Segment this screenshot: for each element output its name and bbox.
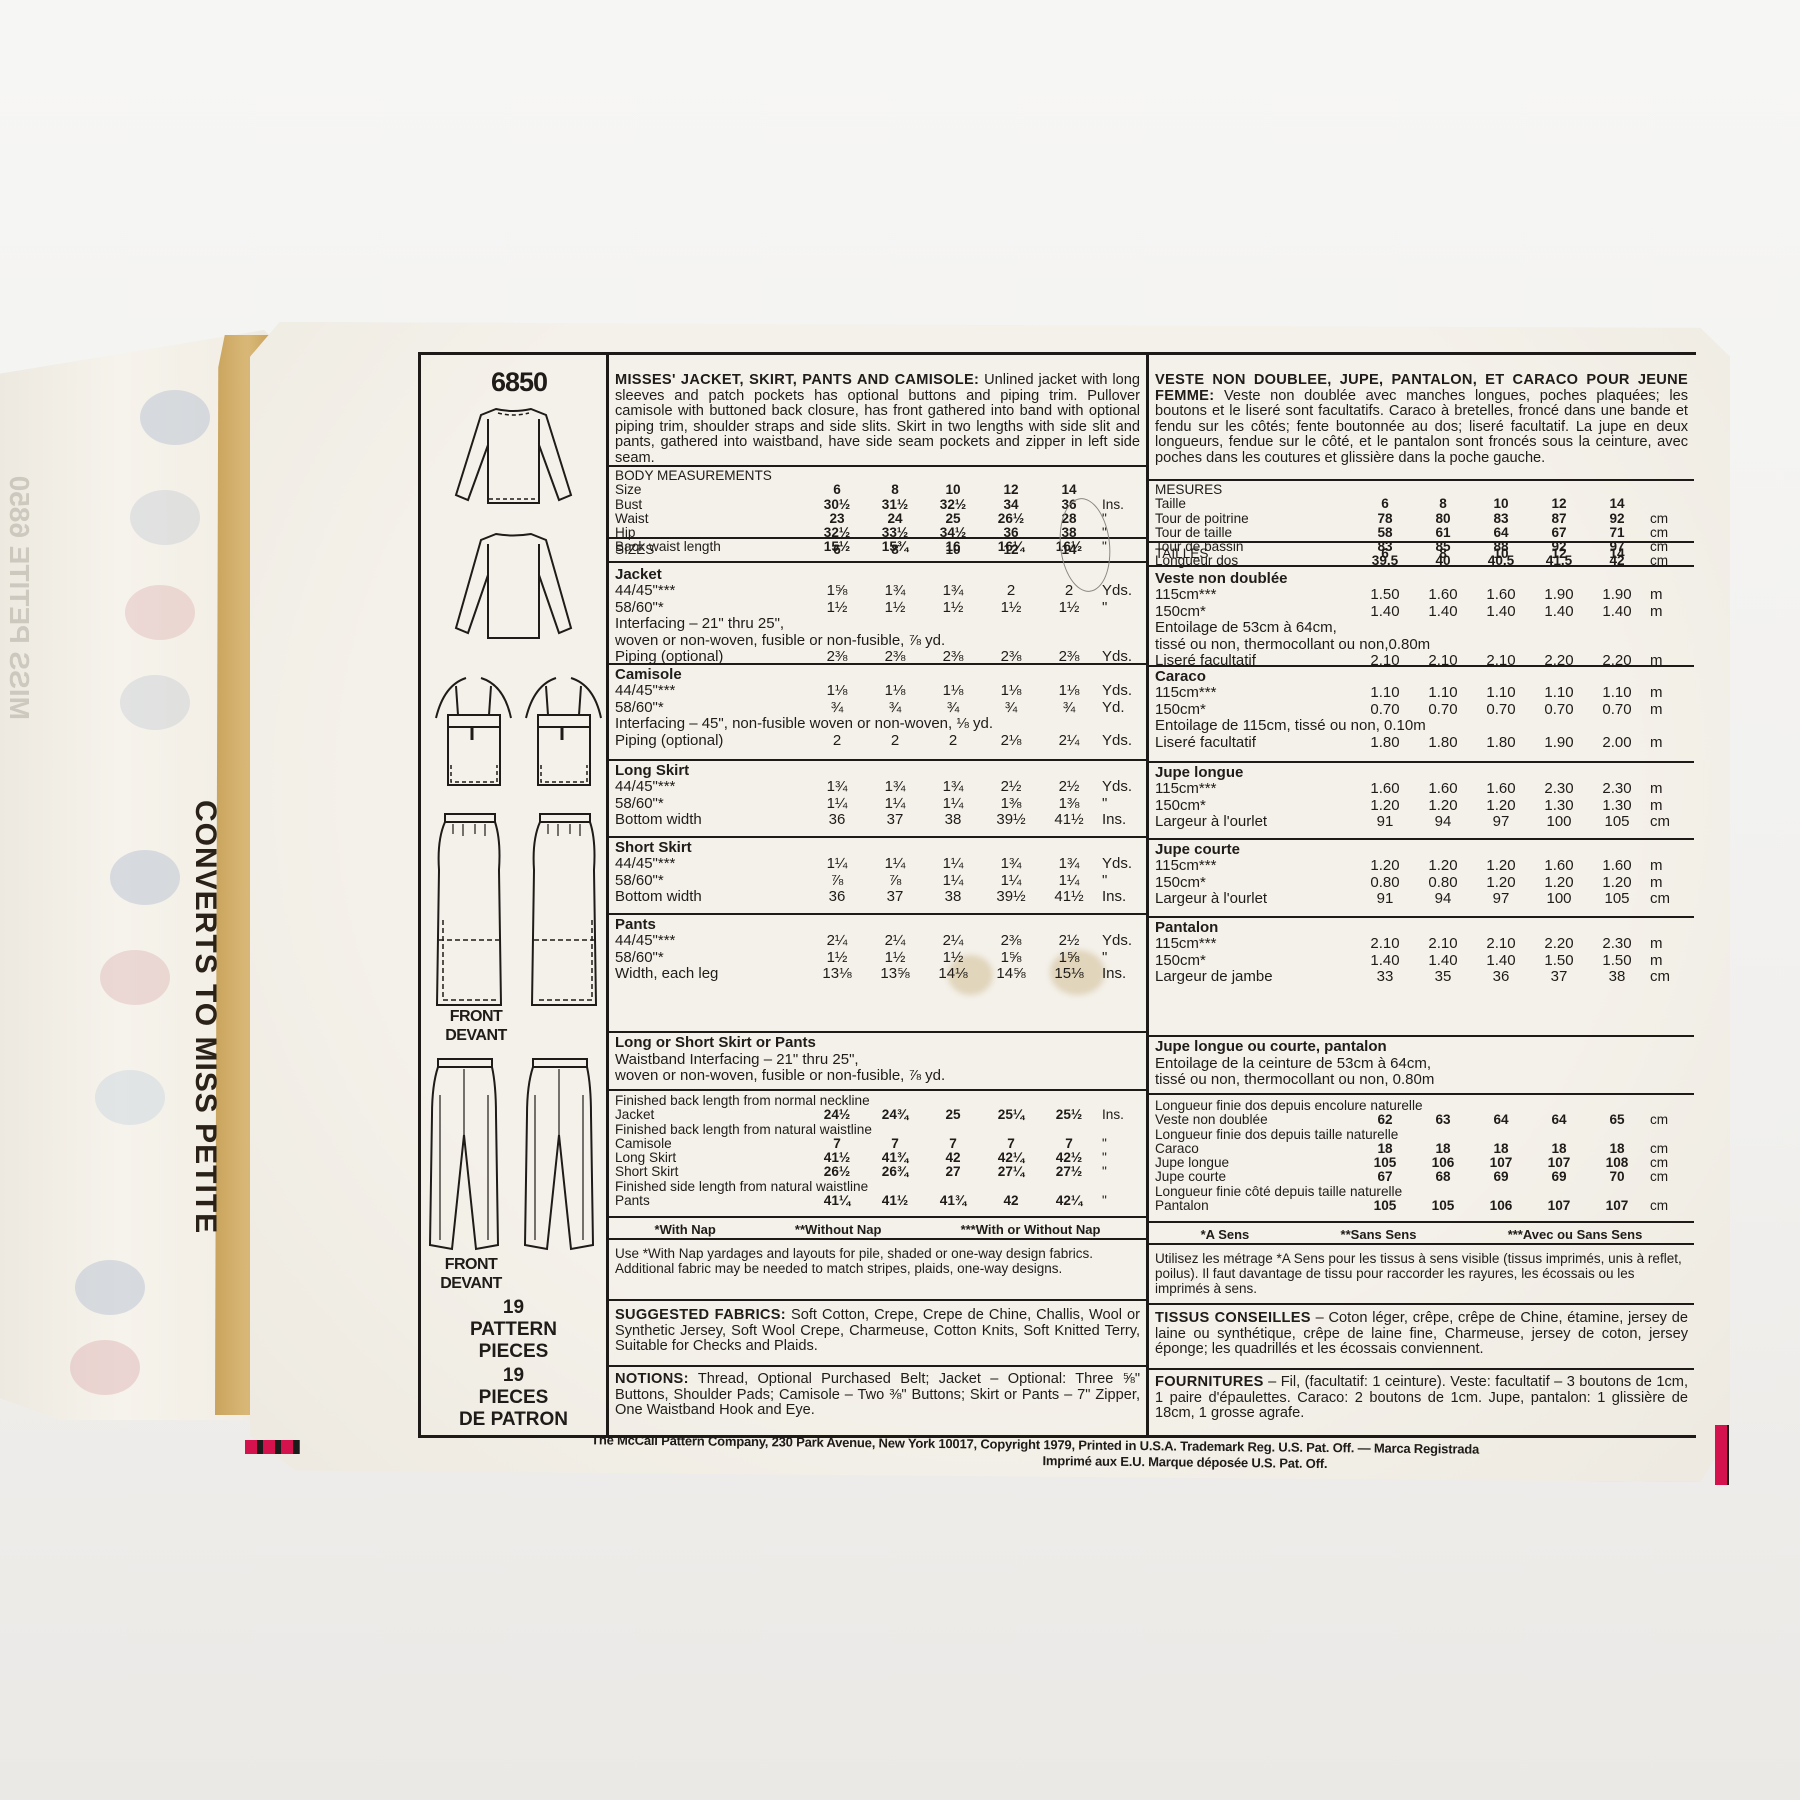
row-label: Size	[615, 483, 808, 497]
unit-label: m	[1646, 702, 1688, 719]
pieces-patron-label: PIECES	[421, 1387, 606, 1409]
yardage-table: 44/45"***2¼2¼2¼2⅜2½Yds.58/60"*1½1½1½1⅝1⅝…	[615, 933, 1140, 983]
camisole-front-illustration	[516, 670, 611, 790]
yardage-table: 115cm***1.201.201.201.601.60m150cm*0.800…	[1155, 858, 1688, 908]
yardage-section-jacket: Jacket44/45"***1⅝1¾1¾22Yds.58/60"*1½1½1½…	[609, 567, 1146, 665]
table-row: Camisole77777"	[615, 1137, 1140, 1151]
size-value: 12	[982, 483, 1040, 497]
row-label: Largeur à l'ourlet	[1155, 814, 1356, 831]
table-row: 58/60"*⅞⅞1¼1¼1¼"	[615, 873, 1140, 890]
row-label: 58/60"*	[615, 796, 808, 813]
table-row: Largeur à l'ourlet919497100105cm	[1155, 891, 1688, 908]
row-label: 44/45"***	[615, 856, 808, 873]
unit-label: cm	[1646, 1199, 1688, 1213]
table-row: Long Skirt41½41¾4242¼42½"	[615, 1151, 1140, 1165]
waistband-heading: Long or Short Skirt or Pants	[615, 1035, 1140, 1052]
table-row: Piping (optional)2⅜2⅜2⅜2⅜2⅜Yds.	[615, 649, 1140, 666]
size-value: 2¼	[808, 933, 866, 950]
legend-item: ***Avec ou Sans Sens	[1508, 1227, 1643, 1242]
yardage-section-heading: Jupe longue	[1155, 765, 1688, 781]
row-label: Longueur finie dos depuis taille naturel…	[1155, 1128, 1688, 1142]
size-value: 42	[924, 1151, 982, 1165]
size-value: 1.80	[1472, 735, 1530, 752]
size-value: 105	[1588, 814, 1646, 831]
size-value: 64	[1472, 526, 1530, 540]
size-value: ¾	[866, 700, 924, 717]
unit-label: Yds.	[1098, 583, 1140, 600]
yardage-section-short-skirt: Short Skirt44/45"***1¼1¼1¼1¾1¾Yds.58/60"…	[609, 840, 1146, 915]
row-label: 115cm***	[1155, 685, 1356, 702]
unit-label: Ins.	[1098, 889, 1140, 906]
unit-label: m	[1646, 781, 1688, 798]
table-row: Tour de poitrine7880838792cm	[1155, 512, 1688, 526]
size-value: 31½	[866, 498, 924, 512]
ceinture-line: Entoilage de la ceinture de 53cm à 64cm,	[1155, 1056, 1688, 1073]
unit-label: "	[1098, 796, 1140, 813]
french-column: VESTE NON DOUBLEE, JUPE, PANTALON, ET CA…	[1149, 355, 1694, 1435]
ceinture-line: tissé ou non, thermocollant ou non, 0.80…	[1155, 1072, 1688, 1089]
sens-legend-row: *A Sens**Sans Sens***Avec ou Sans Sens	[1155, 1225, 1688, 1242]
size-value: 64	[1472, 1113, 1530, 1127]
size-value: 2¼	[924, 933, 982, 950]
size-value: 1.10	[1588, 685, 1646, 702]
table-row: 44/45"***1⅝1¾1¾22Yds.	[615, 583, 1140, 600]
size-value: 2.30	[1530, 781, 1588, 798]
unit-label: cm	[1646, 814, 1688, 831]
english-title: MISSES' JACKET, SKIRT, PANTS AND CAMISOL…	[615, 372, 979, 388]
finished-lengths-table: Finished back length from normal necklin…	[615, 1094, 1140, 1208]
size-value: 1¾	[982, 856, 1040, 873]
unit-label: m	[1646, 798, 1688, 815]
size-value: 1.80	[1356, 735, 1414, 752]
table-row: 58/60"*1½1½1½1½1½"	[615, 600, 1140, 617]
table-row: Size68101214	[615, 483, 1140, 497]
tissus-conseilles: TISSUS CONSEILLES – Coton léger, crêpe, …	[1149, 1308, 1694, 1370]
yardage-section-caraco: Caraco115cm***1.101.101.101.101.10m150cm…	[1149, 669, 1694, 763]
size-value: 2	[808, 733, 866, 750]
table-row: Longueur finie dos depuis encolure natur…	[1155, 1099, 1688, 1113]
size-value: 1⅜	[1040, 796, 1098, 813]
table-row: 115cm***1.501.601.601.901.90m	[1155, 587, 1688, 604]
size-value: 108	[1588, 1156, 1646, 1170]
size-value: 1¾	[866, 779, 924, 796]
size-value: 42	[982, 1194, 1040, 1208]
unit-label: m	[1646, 587, 1688, 604]
yardage-section-pantalon: Pantalon115cm***2.102.102.102.202.30m150…	[1149, 920, 1694, 1037]
table-row: Interfacing – 45", non-fusible woven or …	[615, 716, 1140, 733]
table-row: Pants41¼41½41¾4242¼"	[615, 1194, 1140, 1208]
fournitures: FOURNITURES – Fil, (facultatif: 1 ceintu…	[1149, 1372, 1694, 1434]
row-label: Liseré facultatif	[1155, 735, 1356, 752]
size-value: 1.50	[1356, 587, 1414, 604]
size-value: 24¾	[866, 1108, 924, 1122]
printed-edge-accent-right	[1715, 1425, 1729, 1485]
size-value: 1.50	[1588, 953, 1646, 970]
table-row: 44/45"***1⅛1⅛1⅛1⅛1⅛Yds.	[615, 683, 1140, 700]
size-value: 42½	[1040, 1151, 1098, 1165]
unit-label: cm	[1646, 1113, 1688, 1127]
size-value: 14⅛	[924, 966, 982, 983]
body-measurements-heading: BODY MEASUREMENTS	[615, 469, 1140, 483]
size-value: 0.80	[1414, 875, 1472, 892]
unit-label: "	[1098, 1137, 1140, 1151]
size-value: 1⅛	[866, 683, 924, 700]
size-value: 33½	[866, 526, 924, 540]
table-row: Liseré facultatif1.801.801.801.902.00m	[1155, 735, 1688, 752]
size-value: 1.20	[1472, 858, 1530, 875]
size-value: 1¼	[866, 796, 924, 813]
size-value: 1¼	[982, 873, 1040, 890]
row-label: Hip	[615, 526, 808, 540]
size-value: 1.40	[1414, 953, 1472, 970]
table-row: 115cm***1.601.601.602.302.30m	[1155, 781, 1688, 798]
size-value: 67	[1530, 526, 1588, 540]
table-row: Width, each leg13⅛13⅝14⅛14⅝15⅛Ins.	[615, 966, 1140, 983]
yardage-section-jupe-courte: Jupe courte115cm***1.201.201.201.601.60m…	[1149, 842, 1694, 918]
pattern-number: 6850	[491, 367, 547, 398]
yardage-section-long-skirt: Long Skirt44/45"***1¾1¾1¾2½2½Yds.58/60"*…	[609, 763, 1146, 838]
size-value: 1¼	[1040, 873, 1098, 890]
size-value: 41½	[808, 1151, 866, 1165]
size-value: 97	[1472, 814, 1530, 831]
size-value: 100	[1530, 814, 1588, 831]
size-value: 42¼	[1040, 1194, 1098, 1208]
size-value: 10	[924, 543, 982, 557]
row-label: Jupe longue	[1155, 1156, 1356, 1170]
pants-back-illustration	[521, 1055, 601, 1255]
size-value: 14	[1040, 483, 1098, 497]
size-value: 18	[1588, 1142, 1646, 1156]
sens-note-text: Utilisez les métrage *A Sens pour les ti…	[1155, 1248, 1688, 1296]
unit-label: cm	[1646, 1156, 1688, 1170]
yardage-table: 115cm***1.101.101.101.101.10m150cm*0.700…	[1155, 685, 1688, 751]
size-value: 1.40	[1530, 604, 1588, 621]
size-value: 1.60	[1588, 858, 1646, 875]
size-value: 39½	[982, 889, 1040, 906]
size-value: 37	[866, 889, 924, 906]
size-value: 25	[924, 1108, 982, 1122]
yardage-section-heading: Caraco	[1155, 669, 1688, 685]
yardage-table: 115cm***1.601.601.602.302.30m150cm*1.201…	[1155, 781, 1688, 831]
size-value: ⅞	[866, 873, 924, 890]
size-value: 106	[1414, 1156, 1472, 1170]
nap-legend-row: *With Nap**Without Nap***With or Without…	[615, 1220, 1140, 1237]
size-value: 37	[866, 812, 924, 829]
unit-label: Ins.	[1098, 812, 1140, 829]
row-label: Largeur de jambe	[1155, 969, 1356, 986]
size-value: 1½	[1040, 600, 1098, 617]
row-label: Longueur finie côté depuis taille nature…	[1155, 1185, 1688, 1199]
row-label: 44/45"***	[615, 779, 808, 796]
size-value: 41½	[1040, 812, 1098, 829]
size-value: 2½	[1040, 779, 1098, 796]
size-value: 26¾	[866, 1165, 924, 1179]
suggested-fabrics: SUGGESTED FABRICS: Soft Cotton, Crepe, C…	[609, 1305, 1146, 1367]
size-value: 10	[1472, 497, 1530, 511]
sens-note: Utilisez les métrage *A Sens pour les ti…	[1149, 1248, 1694, 1305]
row-label: Jupe courte	[1155, 1170, 1356, 1184]
table-row: 150cm*1.401.401.401.501.50m	[1155, 953, 1688, 970]
converts-to-miss-petite-label: CONVERTS TO MISS PETITE	[188, 800, 222, 1234]
size-value: 1½	[808, 950, 866, 967]
size-value: 2⅜	[808, 649, 866, 666]
size-value: 25¼	[982, 1108, 1040, 1122]
table-row: Entoilage de 53cm à 64cm,	[1155, 620, 1688, 637]
size-value: 107	[1530, 1199, 1588, 1213]
size-value: 8	[1414, 497, 1472, 511]
row-label: Bottom width	[615, 889, 808, 906]
size-value: 37	[1530, 969, 1588, 986]
unit-label: Yds.	[1098, 779, 1140, 796]
waistband-section: Long or Short Skirt or Pants Waistband I…	[609, 1035, 1146, 1091]
row-label: 115cm***	[1155, 781, 1356, 798]
table-row: 150cm*0.700.700.700.700.70m	[1155, 702, 1688, 719]
front-label-text: FRONT	[436, 1007, 516, 1026]
waistband-line: woven or non-woven, fusible or non-fusib…	[615, 1068, 1140, 1085]
row-label: 58/60"*	[615, 950, 808, 967]
size-value: 1.10	[1530, 685, 1588, 702]
unit-label: m	[1646, 858, 1688, 875]
size-value: 1¼	[808, 856, 866, 873]
unit-label: m	[1646, 953, 1688, 970]
jacket-back-illustration	[451, 530, 576, 645]
row-label: Tour de taille	[1155, 526, 1356, 540]
size-value: 1¾	[808, 779, 866, 796]
size-value: 0.70	[1530, 702, 1588, 719]
legend-item: **Sans Sens	[1341, 1227, 1417, 1242]
long-skirt-back-illustration	[526, 810, 606, 1010]
size-value: 36	[808, 889, 866, 906]
unit-label: cm	[1646, 526, 1688, 540]
table-row: Liseré facultatif2.102.102.102.202.20m	[1155, 653, 1688, 670]
table-row: Jupe longue105106107107108cm	[1155, 1156, 1688, 1170]
unit-label: cm	[1646, 969, 1688, 986]
size-value: 1½	[924, 600, 982, 617]
table-row: 58/60"*¾¾¾¾¾Yd.	[615, 700, 1140, 717]
size-value: 63	[1414, 1113, 1472, 1127]
size-value: 1¾	[924, 583, 982, 600]
size-value: 58	[1356, 526, 1414, 540]
size-value: 100	[1530, 891, 1588, 908]
yardage-section-veste-non-doubl-e: Veste non doublée115cm***1.501.601.601.9…	[1149, 571, 1694, 667]
table-row: 44/45"***1¼1¼1¼1¾1¾Yds.	[615, 856, 1140, 873]
table-row: Bottom width36373839½41½Ins.	[615, 889, 1140, 906]
size-value: 2⅛	[982, 733, 1040, 750]
unit-label: cm	[1646, 1142, 1688, 1156]
size-value: 41¾	[866, 1151, 924, 1165]
table-row: 115cm***2.102.102.102.202.30m	[1155, 936, 1688, 953]
size-value: 1.60	[1472, 587, 1530, 604]
row-label: tissé ou non, thermocollant ou non,0.80m	[1155, 637, 1688, 654]
longueurs-section: Longueur finie dos depuis encolure natur…	[1149, 1099, 1694, 1223]
row-label: 115cm***	[1155, 587, 1356, 604]
row-label: Bust	[615, 498, 808, 512]
notions: NOTIONS: Thread, Optional Purchased Belt…	[609, 1369, 1146, 1431]
size-value: 2.10	[1472, 936, 1530, 953]
size-value: 2.10	[1414, 653, 1472, 670]
longueurs-table: Longueur finie dos depuis encolure natur…	[1155, 1099, 1688, 1213]
size-value: 105	[1356, 1156, 1414, 1170]
yardage-table: 44/45"***1¾1¾1¾2½2½Yds.58/60"*1¼1¼1¼1⅜1⅜…	[615, 779, 1140, 829]
yardage-section-heading: Jupe courte	[1155, 842, 1688, 858]
size-value: 27¼	[982, 1165, 1040, 1179]
table-row: Jacket24½24¾2525¼25½Ins.	[615, 1108, 1140, 1122]
size-value: 1.80	[1414, 735, 1472, 752]
size-value: 41¼	[808, 1194, 866, 1208]
table-row: Largeur à l'ourlet919497100105cm	[1155, 814, 1688, 831]
unit-label: Yd.	[1098, 700, 1140, 717]
size-value: 2⅜	[982, 933, 1040, 950]
size-value: 12	[1530, 497, 1588, 511]
size-value: 70	[1588, 1170, 1646, 1184]
size-value: 32½	[808, 526, 866, 540]
size-value: 1¾	[866, 583, 924, 600]
french-description-text: Veste non doublée avec manches longues, …	[1155, 388, 1688, 466]
size-value: 1.50	[1530, 953, 1588, 970]
pattern-pieces-label: PIECES	[421, 1341, 606, 1363]
size-value: 1.40	[1472, 604, 1530, 621]
yardage-table: 44/45"***1¼1¼1¼1¾1¾Yds.58/60"*⅞⅞1¼1¼1¼"B…	[615, 856, 1140, 906]
row-label: 150cm*	[1155, 875, 1356, 892]
table-row: Finished back length from natural waistl…	[615, 1123, 1140, 1137]
size-value: 2¼	[866, 933, 924, 950]
size-value: 1.20	[1472, 875, 1530, 892]
row-label: Finished back length from normal necklin…	[615, 1094, 1140, 1108]
size-value: 12	[982, 543, 1040, 557]
unit-label: cm	[1646, 891, 1688, 908]
row-label: 150cm*	[1155, 798, 1356, 815]
row-label: 150cm*	[1155, 604, 1356, 621]
size-value: 6	[808, 483, 866, 497]
size-value: 2⅜	[866, 649, 924, 666]
size-value: 1.20	[1472, 798, 1530, 815]
size-value: 2½	[1040, 933, 1098, 950]
table-row: woven or non-woven, fusible or non-fusib…	[615, 633, 1140, 650]
row-label: Short Skirt	[615, 1165, 808, 1179]
french-description: VESTE NON DOUBLEE, JUPE, PANTALON, ET CA…	[1149, 373, 1694, 473]
camisole-back-illustration	[426, 670, 521, 790]
table-row: Entoilage de 115cm, tissé ou non, 0.10m	[1155, 718, 1688, 735]
unit-label: Yds.	[1098, 683, 1140, 700]
size-value: 83	[1472, 512, 1530, 526]
table-row: 150cm*1.201.201.201.301.30m	[1155, 798, 1688, 815]
legend-item: **Without Nap	[795, 1222, 882, 1237]
size-value: 18	[1356, 1142, 1414, 1156]
size-value: 25½	[1040, 1108, 1098, 1122]
size-value: 10	[1472, 547, 1530, 561]
size-value: 1.20	[1588, 875, 1646, 892]
size-value: 0.70	[1356, 702, 1414, 719]
illustrations-column: 6850	[421, 355, 609, 1435]
size-value: 78	[1356, 512, 1414, 526]
waistband-line: Waistband Interfacing – 21" thru 25",	[615, 1052, 1140, 1069]
size-value: 34	[982, 498, 1040, 512]
size-value: 1.40	[1472, 953, 1530, 970]
english-description: MISSES' JACKET, SKIRT, PANTS AND CAMISOL…	[609, 373, 1146, 473]
size-value: 107	[1530, 1156, 1588, 1170]
size-value: 1¼	[924, 796, 982, 813]
size-value: 1⅝	[1040, 950, 1098, 967]
yardage-section-heading: Camisole	[615, 667, 1140, 683]
front-label-text: FRONT	[431, 1255, 511, 1274]
divider	[609, 465, 1146, 467]
size-value: 61	[1414, 526, 1472, 540]
yardage-table: 115cm***2.102.102.102.202.30m150cm*1.401…	[1155, 936, 1688, 986]
row-label: Piping (optional)	[615, 649, 808, 666]
size-value: 7	[982, 1137, 1040, 1151]
size-value: 2⅜	[924, 649, 982, 666]
size-value: 38	[924, 812, 982, 829]
size-value: 6	[1356, 497, 1414, 511]
row-label: 58/60"*	[615, 600, 808, 617]
pattern-pieces-count-fr: 19 PIECES DE PATRON	[421, 1365, 606, 1431]
yardage-section-heading: Pants	[615, 917, 1140, 933]
size-value: 10	[924, 483, 982, 497]
size-value: 105	[1356, 1199, 1414, 1213]
size-value: 1.60	[1414, 781, 1472, 798]
finished-lengths-section: Finished back length from normal necklin…	[609, 1094, 1146, 1218]
size-value: 2	[924, 733, 982, 750]
size-value: 92	[1588, 512, 1646, 526]
table-row: 115cm***1.101.101.101.101.10m	[1155, 685, 1688, 702]
size-value: 2.10	[1356, 653, 1414, 670]
table-row: 115cm***1.201.201.201.601.60m	[1155, 858, 1688, 875]
row-label: 44/45"***	[615, 933, 808, 950]
tissus-heading: TISSUS CONSEILLES	[1155, 1310, 1311, 1326]
size-value: 2.20	[1588, 653, 1646, 670]
size-value: 68	[1414, 1170, 1472, 1184]
row-label: 115cm***	[1155, 858, 1356, 875]
size-value: 0.70	[1588, 702, 1646, 719]
size-value: 1¼	[866, 856, 924, 873]
size-value: 1.90	[1588, 587, 1646, 604]
size-value: 34½	[924, 526, 982, 540]
size-value: 1.10	[1472, 685, 1530, 702]
size-value: 1¾	[1040, 856, 1098, 873]
size-value: 23	[808, 512, 866, 526]
printed-edge-accent-left	[245, 1440, 300, 1454]
size-value: 1.30	[1588, 798, 1646, 815]
table-row: 44/45"***1¾1¾1¾2½2½Yds.	[615, 779, 1140, 796]
unit-label	[1098, 483, 1140, 497]
pattern-pieces-label: PATTERN	[421, 1319, 606, 1341]
size-value: 1.20	[1356, 858, 1414, 875]
unit-label: Yds.	[1098, 933, 1140, 950]
size-value: 1⅛	[982, 683, 1040, 700]
size-value: 1¼	[924, 856, 982, 873]
size-value: 26½	[982, 512, 1040, 526]
unit-label: "	[1098, 600, 1140, 617]
row-label: SIZES	[615, 543, 808, 557]
size-value: 13⅛	[808, 966, 866, 983]
size-value: 1.40	[1588, 604, 1646, 621]
size-value: 2	[982, 583, 1040, 600]
size-value: 42¼	[982, 1151, 1040, 1165]
size-value: 1.40	[1356, 604, 1414, 621]
size-value: 41½	[866, 1194, 924, 1208]
size-value: 25	[924, 512, 982, 526]
row-label: 58/60"*	[615, 700, 808, 717]
table-row: Finished side length from natural waistl…	[615, 1180, 1140, 1194]
size-value: 1¼	[808, 796, 866, 813]
size-value: 38	[1588, 969, 1646, 986]
size-value: 1½	[982, 600, 1040, 617]
size-value: 1⅛	[1040, 683, 1098, 700]
row-label: woven or non-woven, fusible or non-fusib…	[615, 633, 1140, 650]
legend-item: ***With or Without Nap	[961, 1222, 1101, 1237]
size-value: 2	[866, 733, 924, 750]
nap-note-text: Use *With Nap yardages and layouts for p…	[615, 1243, 1140, 1276]
